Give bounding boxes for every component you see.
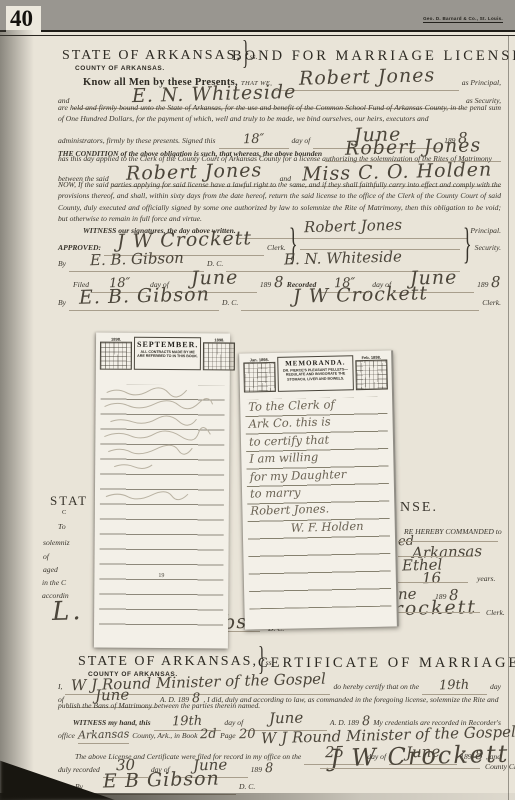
memo-line: Robert Jones. [250,501,329,517]
clerk-signature: J W Crockett [116,227,251,253]
bond-state-line: STATE OF ARKANSAS, [62,48,242,63]
memo-signature: W. F. Holden [291,519,364,535]
cert-office-county-handwriting: Arkansas [78,727,130,741]
by-label-2: By [58,298,66,307]
license-rule-3 [398,582,468,583]
note-left-page-number: 19 [94,573,228,580]
clerk-label-2: Clerk. [482,298,501,307]
calendar-grid [100,342,132,370]
cert-row-by: By E B Gibson D. C. [58,772,338,795]
memo-line: to certify that [249,432,330,448]
license-frag-to: To [58,522,66,531]
printer-imprint: Geo. D. Barnard & Co., St. Louis. [423,16,503,23]
license-frag-solemnize: solemniz [43,538,70,547]
clerk-signature-2: J W Crockett [293,282,428,308]
cert-office-county-blank: Arkansas [78,725,129,744]
cert-clerk-rule [320,768,480,769]
memo-line: Ark Co. this is [248,414,330,430]
now-paragraph: NOW, If the said parties applying for sa… [58,179,501,224]
top-rule [0,30,515,32]
deputy-sig-blank: E. B. Gibson [69,252,204,272]
by-label: By [58,259,66,268]
cert-deputy-signature: E B Gibson [102,767,219,792]
clerk-sig2-blank: J W Crockett [241,288,479,311]
binding-shadow [0,30,34,800]
license-frag-of: of [43,552,49,561]
bond-body-text: are held and firmly bound unto the State… [58,102,501,126]
cert-page-handwriting: 20 [238,727,255,742]
pasted-note-memoranda: Jan. 1898. MEMORANDA. DR. PIERCE'S PLEAS… [239,350,399,629]
memo-line: I am willing [249,450,318,466]
license-age-handwriting: 16 [422,569,442,587]
license-rule-1 [398,541,498,542]
note-right-subtitle: DR. PIERCE'S PLEASANT PELLETS—REGULATE A… [280,367,350,382]
cert-page-label: Page [220,731,236,740]
pencil-scrawl [100,385,225,526]
top-band [0,0,515,30]
license-rule-2 [398,556,473,557]
note-left-header: 1898. SEPTEMBER. ALL CONTRACTS MADE BY M… [100,337,226,371]
note-right-header: Jan. 1898. MEMORANDA. DR. PIERCE'S PLEAS… [243,355,388,393]
license-frag-nse: NSE. [400,500,438,516]
deputy-sig2-blank: E. B. Gibson [69,288,219,311]
deputy-signature: E. B. Gibson [89,249,183,269]
top-rule-2 [0,35,515,36]
bottom-shadow-strip [0,793,515,800]
license-frag-state: STAT [50,493,88,509]
license-frag-commanded: RE HEREBY COMMANDED to [404,527,502,536]
license-frag-aged: aged [43,565,58,574]
license-frag-in-the-c: in the C [42,578,66,587]
cert-deputy-blank: E B Gibson [86,772,236,795]
right-page-edge [508,36,509,800]
note-left-subtitle: ALL CONTRACTS MADE BY ME ARE REFERRED TO… [137,350,198,359]
memo-line: to marry [250,485,301,500]
calendar-grid [203,342,235,370]
cert-office-label: office [58,731,75,740]
pasted-note-september: 1898. SEPTEMBER. ALL CONTRACTS MADE BY M… [94,333,230,649]
license-years-label: years. [477,574,495,583]
memo-line: To the Clerk of [248,397,335,414]
calendar-grid [243,362,276,393]
license-clerk-label: Clerk. [486,608,505,617]
license-frag-county: C [62,509,66,516]
cert-dc-label: D. C. [239,782,255,791]
cert-state-line: STATE OF ARKANSAS, [78,654,258,669]
deputy-signature-2: E. B. Gibson [78,283,209,308]
cert-county-clerk-label: County Clerk. [485,762,515,771]
dc-label-2: D. C. [222,298,238,307]
security-signature: E. N. Whiteside [284,247,402,268]
cert-county-ark-text: County, Ark., in Book [132,731,197,740]
calendar-grid [355,360,388,391]
memo-line: for my Daughter [250,467,347,484]
bond-row-by2: By E. B. Gibson D. C. J W Crockett Clerk… [58,288,501,311]
note-left-title: SEPTEMBER. [137,340,198,349]
cert-book-handwriting: 2d [200,727,217,742]
scanned-record-page: 40 Geo. D. Barnard & Co., St. Louis. STA… [0,0,515,800]
note-right-title: MEMORANDA. [280,358,350,367]
security-label: Security. [475,243,501,252]
bond-title: BOND FOR MARRIAGE LICENSE. [232,48,515,65]
